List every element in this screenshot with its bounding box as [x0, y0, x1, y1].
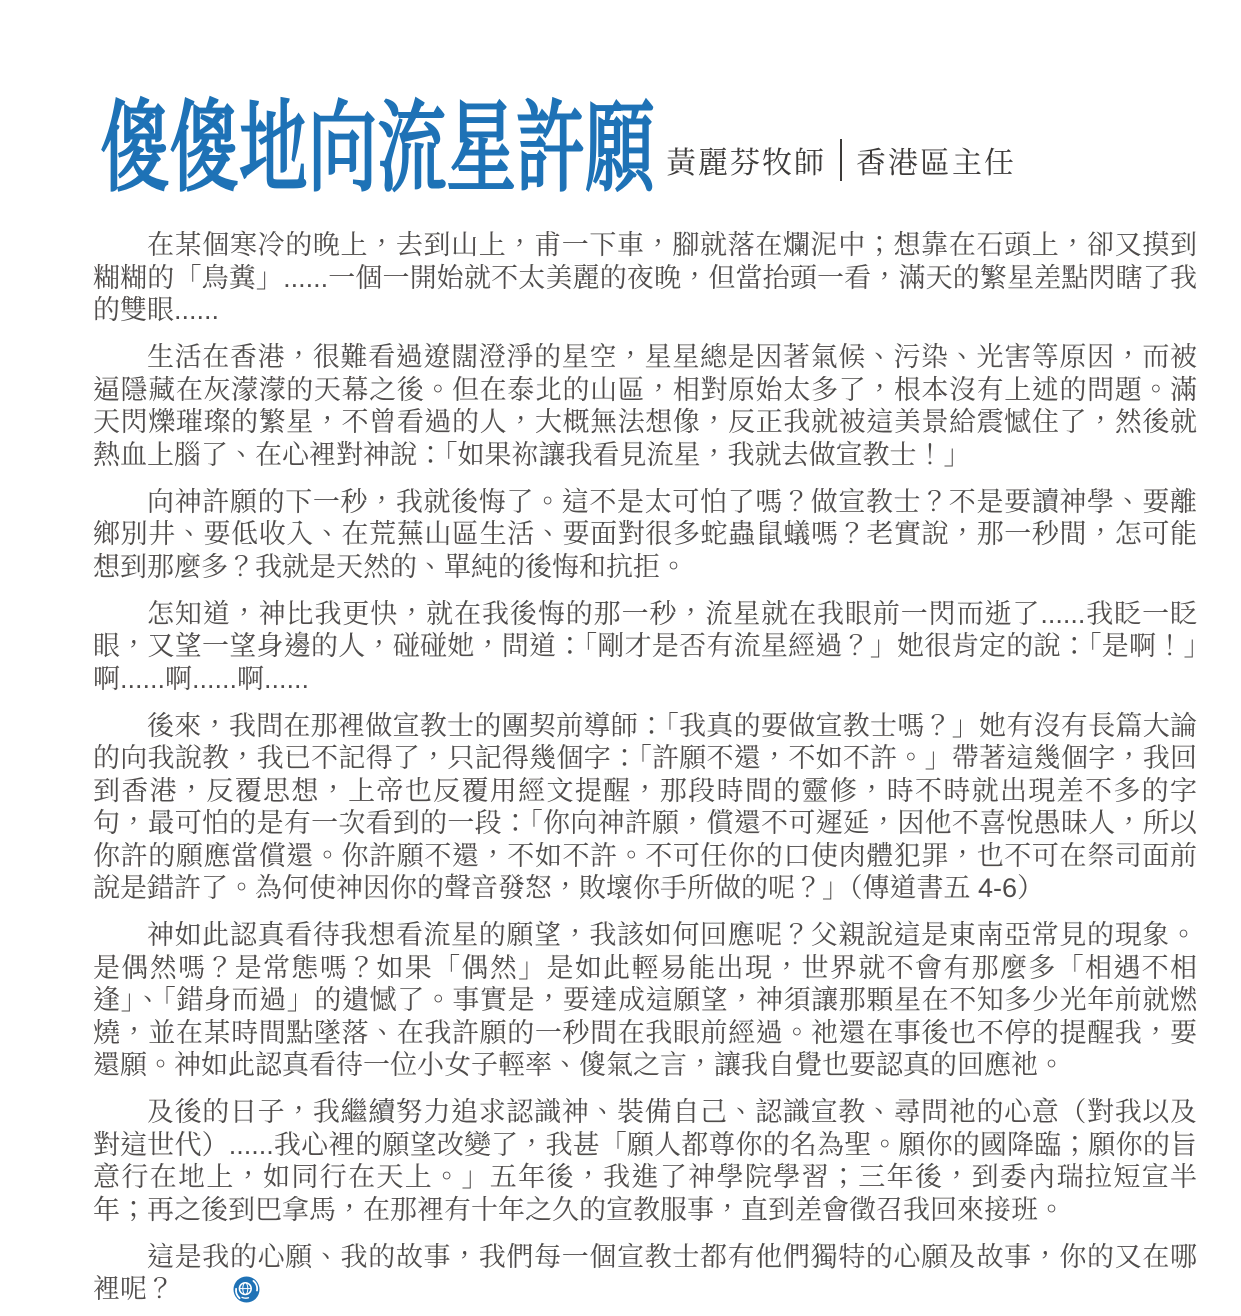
article-paragraph: 神如此認真看待我想看流星的願望，我該如何回應呢？父親說這是東南亞常見的現象。是偶…	[93, 919, 1197, 1082]
paragraph-text: 神如此認真看待我想看流星的願望，我該如何回應呢？父親說這是東南亞常見的現象。是偶…	[93, 920, 1197, 1080]
author-role: 香港區主任	[856, 138, 1016, 182]
paragraph-text: 在某個寒冷的晚上，去到山上，甫一下車，腳就落在爛泥中；想靠在石頭上，卻又摸到糊糊…	[93, 230, 1197, 325]
byline: 黃麗芬牧師 香港區主任	[666, 138, 1016, 182]
article-page: 傻傻地向流星許願 黃麗芬牧師 香港區主任 在某個寒冷的晚上，去到山上，甫一下車，…	[0, 0, 1241, 1316]
paragraph-text: 及後的日子，我繼續努力追求認識神、裝備自己、認識宣教、尋問祂的心意（對我以及對這…	[93, 1097, 1197, 1225]
paragraph-text: 怎知道，神比我更快，就在我後悔的那一秒，流星就在我眼前一閃而逝了......我眨…	[93, 599, 1197, 694]
paragraph-text: 向神許願的下一秒，我就後悔了。這不是太可怕了嗎？做宣教士？不是要讀神學、要離鄉別…	[93, 487, 1197, 582]
article-header: 傻傻地向流星許願 黃麗芬牧師 香港區主任	[100, 96, 1016, 206]
paragraph-text: 生活在香港，很難看過遼闊澄淨的星空，星星總是因著氣候、污染、光害等原因，而被逼隱…	[93, 342, 1197, 470]
byline-divider	[840, 139, 842, 181]
page-title: 傻傻地向流星許願	[100, 96, 654, 204]
article-paragraph: 後來，我問在那裡做宣教士的團契前導師：「我真的要做宣教士嗎？」她有沒有長篇大論的…	[93, 710, 1197, 905]
page-title-wrap: 傻傻地向流星許願	[100, 96, 656, 206]
article-paragraph: 生活在香港，很難看過遼闊澄淨的星空，星星總是因著氣候、污染、光害等原因，而被逼隱…	[93, 341, 1197, 471]
article-body: 在某個寒冷的晚上，去到山上，甫一下車，腳就落在爛泥中；想靠在石頭上，卻又摸到糊糊…	[93, 229, 1197, 1306]
article-paragraph: 向神許願的下一秒，我就後悔了。這不是太可怕了嗎？做宣教士？不是要讀神學、要離鄉別…	[93, 486, 1197, 584]
paragraph-text: 後來，我問在那裡做宣教士的團契前導師：「我真的要做宣教士嗎？」她有沒有長篇大論的…	[93, 711, 1197, 904]
article-paragraph: 在某個寒冷的晚上，去到山上，甫一下車，腳就落在爛泥中；想靠在石頭上，卻又摸到糊糊…	[93, 229, 1197, 327]
article-paragraph: 及後的日子，我繼續努力追求認識神、裝備自己、認識宣教、尋問祂的心意（對我以及對這…	[93, 1096, 1197, 1226]
mission-globe-logo-icon	[179, 1276, 206, 1303]
author-name: 黃麗芬牧師	[666, 138, 826, 182]
article-paragraph: 這是我的心願、我的故事，我們每一個宣教士都有他們獨特的心願及故事，你的又在哪裡呢…	[93, 1241, 1197, 1306]
article-paragraph: 怎知道，神比我更快，就在我後悔的那一秒，流星就在我眼前一閃而逝了......我眨…	[93, 598, 1197, 696]
